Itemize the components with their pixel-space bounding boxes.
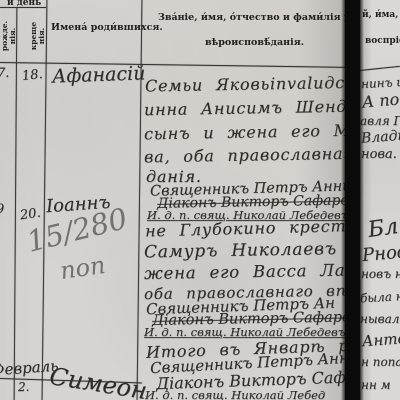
right-page-text-fragment11: Антонъ <box>361 328 400 350</box>
right-page-text-fragment9: была нн <box>360 289 400 306</box>
right-page-text-fragment8: новъ н <box>361 267 400 281</box>
record2-entry-line3: жена его Васса Ларин <box>144 260 345 283</box>
right-page-text-fragment13: нн м <box>361 378 391 392</box>
month-day-header: и день <box>7 0 41 8</box>
right-page: й, и́ма, о́т воспріе́м нинъ и А по авля … <box>360 0 400 400</box>
right-page-text-fragment5: нова. <box>361 147 397 162</box>
right-page-text-fragment1: нинъ и <box>361 75 400 91</box>
record1-entry-line2: инна Анисимъ Шендоровъ <box>144 96 345 119</box>
record2-pencil-annotation-word: поп <box>58 251 107 285</box>
scanned-register-page: и день рожде. нія. креще нія. Имена́ род… <box>0 0 400 400</box>
record1-entry-line3: сынъ и жена его Матрона <box>144 120 345 144</box>
birth-date-column-header: рожде. нія. <box>1 14 17 58</box>
summary-signature3: И. д. п. свящ. Николай Лебед <box>145 388 325 400</box>
right-page-text-fragment6: Бл <box>366 214 399 243</box>
book-gutter-shadow <box>341 0 364 400</box>
names-column-header: Имена́ роди́вшихся. <box>51 22 141 33</box>
record2-entry-line2: Самуръ Николаевъ Линевъ <box>144 238 345 263</box>
right-page-text-fragment2: А по <box>361 89 400 111</box>
record1-baptism-day: 18. <box>21 67 43 84</box>
record1-entry-line1: Семьи Яковьinvalидскаго кре <box>145 72 345 96</box>
right-page-header-line <box>360 66 400 72</box>
right-page-text-fragment12: н попа <box>361 355 400 369</box>
record1-name: Афанасій <box>52 62 146 87</box>
column-line-3 <box>137 0 143 400</box>
february-record-name: Симеон <box>48 362 149 400</box>
column-line-1 <box>14 8 18 400</box>
record1-birth-day: 7. <box>0 66 9 81</box>
right-page-text-fragment4: Владѣ <box>361 127 400 146</box>
baptism-date-column-header: креще нія. <box>30 14 46 58</box>
right-page-header-fragment2: воспріе́м <box>365 36 400 46</box>
parents-column-header-line2: вѣроисповѣ́данія. <box>205 37 304 48</box>
record2-baptism-day: 20. <box>19 206 42 224</box>
right-page-text-fragment10: нывали н <box>360 312 400 326</box>
february-record-baptism-day: 2. <box>18 380 29 394</box>
left-page: и день рожде. нія. креще нія. Имена́ род… <box>0 0 345 400</box>
right-page-text-fragment3: авля Гн <box>360 114 400 128</box>
parents-column-header-line1: Зва́ніе, и́мя, о́тчество и фами́лія роди… <box>158 12 345 23</box>
record2-birth-day: 9 <box>0 202 4 217</box>
baptism-header-line2: нія. <box>38 14 46 58</box>
birth-header-line2: нія. <box>9 14 17 58</box>
right-page-header-fragment1: й, и́ма, о́т <box>362 10 400 20</box>
right-page-text-fragment7: Рноф <box>361 241 400 266</box>
record1-entry-line4: ва, оба православнаго вѣро <box>144 143 345 167</box>
